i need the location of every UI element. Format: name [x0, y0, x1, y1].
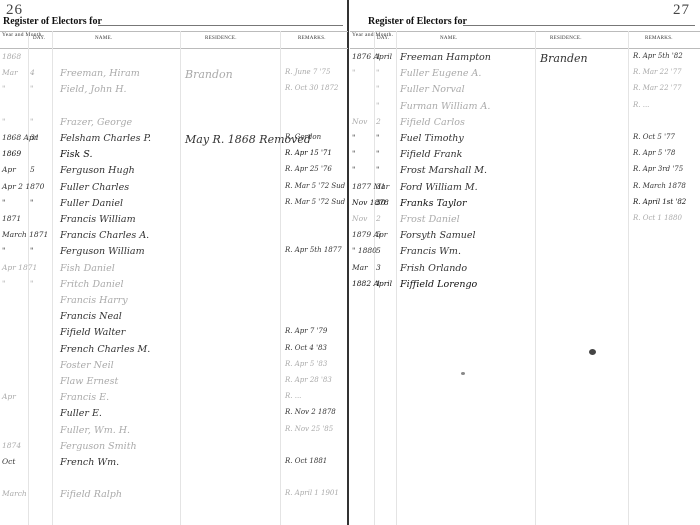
year-month-cell: " [352, 133, 355, 142]
remarks-cell: R. June 7 '75 [285, 68, 330, 76]
ink-speck [461, 372, 465, 375]
year-month-cell: 1868 [2, 52, 21, 61]
name-cell: Franks Taylor [400, 198, 467, 209]
year-month-cell: Oct [2, 457, 15, 466]
table-row: ""Fritch Daniel [0, 279, 348, 295]
name-cell: Fuller, Wm. H. [60, 425, 130, 436]
remarks-cell: R. Apr 5th 1877 [285, 246, 342, 254]
table-row: 1879 Apr5Forsyth Samuel [350, 230, 700, 246]
table-row: 1882 April1Fiffield Lorengo [350, 279, 700, 295]
year-month-cell: March 1871 [2, 230, 48, 239]
year-month-cell: Apr [2, 165, 16, 174]
remarks-cell: R. Mar 5 '72 Sud [285, 198, 345, 206]
name-cell: Fisk S. [60, 149, 92, 160]
day-cell: 3 [376, 263, 381, 272]
day-cell: 30 [376, 198, 386, 207]
day-cell: 1 [376, 52, 381, 61]
residence-cell: Branden [540, 52, 588, 65]
day-cell: 2 [376, 117, 381, 126]
remarks-cell: R. Nov 25 '85 [285, 425, 333, 433]
year-month-cell: " [352, 165, 355, 174]
name-cell: Ferguson William [60, 246, 145, 257]
remarks-cell: R. Oct 4 '83 [285, 344, 327, 352]
year-month-cell: Apr 1871 [2, 263, 37, 272]
name-cell: Frazer, George [60, 117, 132, 128]
table-row: Fuller, Wm. H.R. Nov 25 '85 [0, 425, 348, 441]
remarks-cell: R. Oct 1 1880 [633, 214, 682, 222]
remarks-cell: R. ... [285, 392, 301, 400]
name-cell: Felsham Charles P. [60, 133, 151, 144]
year-month-cell: " [2, 246, 5, 255]
table-row: Francis Neal [0, 311, 348, 327]
table-row: Foster NeilR. Apr 5 '83 [0, 360, 348, 376]
day-cell: " [376, 101, 379, 110]
remarks-cell: R. Mar 22 '77 [633, 68, 682, 76]
remarks-cell: R. Mar 22 '77 [633, 84, 682, 92]
table-row: ""Fifield FrankR. Apr 5 '78 [350, 149, 700, 165]
table-row: ""Field, John H.R. Oct 30 1872 [0, 84, 348, 100]
header-name: NAME. [95, 36, 112, 41]
table-row: ""Frazer, George [0, 117, 348, 133]
name-cell: Furman William A. [400, 101, 490, 112]
remarks-cell: R. Mar 5 '72 Sud [285, 182, 345, 190]
table-row: AprFrancis E.R. ... [0, 392, 348, 408]
remarks-cell: R. April 1st '82 [633, 198, 686, 206]
name-cell: Fiffield Lorengo [400, 279, 477, 290]
header-residence: RESIDENCE. [205, 36, 237, 41]
name-cell: Fifield Carlos [400, 117, 465, 128]
day-cell: " [30, 117, 33, 126]
remarks-cell: R. Apr 5th '82 [633, 52, 683, 60]
table-row: "Furman William A.R. ... [350, 101, 700, 117]
name-cell: Francis Harry [60, 295, 128, 306]
name-cell: Frish Orlando [400, 263, 467, 274]
name-cell: Fuller E. [60, 408, 102, 419]
table-row: Apr5Ferguson HughR. Apr 25 '76 [0, 165, 348, 181]
right-page: 27 Register of Electors for Year and Mon… [350, 0, 700, 525]
table-row [0, 101, 348, 117]
header-day: Day. [33, 36, 45, 41]
table-row: Fuller E.R. Nov 2 1878 [0, 408, 348, 424]
day-cell: 2 [376, 214, 381, 223]
table-row: Fifield WalterR. Apr 7 '79 [0, 327, 348, 343]
year-month-cell: 1882 April [352, 279, 392, 288]
table-row: 1871Francis William [0, 214, 348, 230]
name-cell: Forsyth Samuel [400, 230, 476, 241]
name-cell: Fuel Timothy [400, 133, 464, 144]
year-month-cell: Nov [352, 214, 367, 223]
name-cell: Fifield Frank [400, 149, 462, 160]
header-day: Day. [377, 36, 389, 41]
year-month-cell: " [352, 149, 355, 158]
remarks-cell: R. Apr 7 '79 [285, 327, 327, 335]
day-cell: " [30, 279, 33, 288]
header-residence: RESIDENCE. [550, 36, 582, 41]
table-row: Nov2Fifield Carlos [350, 117, 700, 133]
name-cell: Field, John H. [60, 84, 127, 95]
name-cell: Frost Marshall M. [400, 165, 487, 176]
remarks-cell: R. Oct 1881 [285, 457, 327, 465]
day-cell: " [376, 68, 379, 77]
day-cell: " [376, 133, 379, 142]
table-row: ""Ferguson WilliamR. Apr 5th 1877 [0, 246, 348, 262]
name-cell: French Wm. [60, 457, 119, 468]
table-row: 1868 Apr31Felsham Charles P.May R. 1868 … [0, 133, 348, 149]
remarks-cell: R. Apr 3rd '75 [633, 165, 683, 173]
header-bottom-rule [350, 48, 700, 49]
year-month-cell: 1876 April [352, 52, 392, 61]
remarks-cell: R. March 1878 [633, 182, 686, 190]
remarks-cell: R. Apr 28 '83 [285, 376, 332, 384]
name-cell: Fifield Walter [60, 327, 125, 338]
table-row: Apr 2 1870Fuller CharlesR. Mar 5 '72 Sud [0, 182, 348, 198]
name-cell: Fuller Charles [60, 182, 129, 193]
residence-cell: Brandon [185, 68, 233, 81]
table-row: French Charles M.R. Oct 4 '83 [0, 344, 348, 360]
name-cell: Fuller Daniel [60, 198, 123, 209]
table-row: 1869Fisk S.R. Apr 15 '71 [0, 149, 348, 165]
year-month-cell: " [2, 117, 5, 126]
page-title: Register of Electors for [3, 16, 102, 27]
year-month-cell: 1871 [2, 214, 21, 223]
year-month-cell: Nov [352, 117, 367, 126]
year-month-cell: Apr [2, 392, 16, 401]
year-month-cell: " [2, 198, 5, 207]
table-row [0, 473, 348, 489]
table-row: Mar4Freeman, HiramBrandonR. June 7 '75 [0, 68, 348, 84]
name-cell: Francis Neal [60, 311, 122, 322]
day-cell: 5 [376, 230, 381, 239]
table-row: ""Fuller DanielR. Mar 5 '72 Sud [0, 198, 348, 214]
year-month-cell: 1869 [2, 149, 21, 158]
year-month-cell: " [2, 84, 5, 93]
name-cell: Fish Daniel [60, 263, 115, 274]
day-cell: 4 [30, 68, 35, 77]
name-cell: Fifield Ralph [60, 489, 122, 500]
remarks-cell: R. Gordon [285, 133, 321, 141]
header-remarks: REMARKS. [645, 36, 673, 41]
year-month-cell: Apr 2 1870 [2, 182, 44, 191]
name-cell: Ferguson Hugh [60, 165, 135, 176]
name-cell: Foster Neil [60, 360, 114, 371]
day-cell: " [30, 84, 33, 93]
year-month-cell: 1879 Apr [352, 230, 387, 239]
name-cell: Francis Charles A. [60, 230, 149, 241]
left-page: 26 Register of Electors for Year and Mon… [0, 0, 348, 525]
table-row: " 18805Francis Wm. [350, 246, 700, 262]
title-rule [98, 25, 343, 26]
name-cell: French Charles M. [60, 344, 150, 355]
remarks-cell: R. Apr 5 '83 [285, 360, 327, 368]
table-row: ""Fuel TimothyR. Oct 5 '77 [350, 133, 700, 149]
day-cell: " [376, 165, 379, 174]
remarks-cell: R. Oct 5 '77 [633, 133, 675, 141]
remarks-cell: R. Apr 25 '76 [285, 165, 332, 173]
remarks-cell: R. Apr 5 '78 [633, 149, 675, 157]
table-row: Francis Harry [0, 295, 348, 311]
day-cell: 31 [376, 182, 386, 191]
name-cell: Fuller Eugene A. [400, 68, 481, 79]
day-cell: " [30, 246, 33, 255]
remarks-cell: R. Oct 30 1872 [285, 84, 338, 92]
day-cell: 1 [376, 279, 381, 288]
table-row: Mar3Frish Orlando [350, 263, 700, 279]
header-top-rule [350, 31, 700, 32]
table-row: March 1871Francis Charles A. [0, 230, 348, 246]
day-cell: " [376, 149, 379, 158]
year-month-cell: " [2, 279, 5, 288]
day-cell: " [376, 84, 379, 93]
name-cell: Francis Wm. [400, 246, 461, 257]
name-cell: Francis William [60, 214, 136, 225]
name-cell: Francis E. [60, 392, 109, 403]
name-cell: Freeman, Hiram [60, 68, 140, 79]
remarks-cell: R. Nov 2 1878 [285, 408, 336, 416]
remarks-cell: R. ... [633, 101, 649, 109]
name-cell: Frost Daniel [400, 214, 460, 225]
year-month-cell: " 1880 [352, 246, 377, 255]
year-month-cell: 1874 [2, 441, 21, 450]
page-number: 27 [673, 2, 690, 19]
table-row: 1874Ferguson Smith [0, 441, 348, 457]
page-title: Register of Electors for [368, 16, 467, 27]
ink-blot [589, 349, 596, 355]
table-row: ""Frost Marshall M.R. Apr 3rd '75 [350, 165, 700, 181]
day-cell: 5 [30, 165, 35, 174]
name-cell: Flaw Ernest [60, 376, 118, 387]
name-cell: Fuller Norval [400, 84, 465, 95]
table-row: Nov2Frost DanielR. Oct 1 1880 [350, 214, 700, 230]
day-cell: 5 [376, 246, 381, 255]
name-cell: Ford William M. [400, 182, 478, 193]
table-row: 1877 Mar31Ford William M.R. March 1878 [350, 182, 700, 198]
table-row: 1876 April1Freeman HamptonBrandenR. Apr … [350, 52, 700, 68]
table-row: Nov 187830Franks TaylorR. April 1st '82 [350, 198, 700, 214]
table-row: "Fuller NorvalR. Mar 22 '77 [350, 84, 700, 100]
table-row: Apr 1871Fish Daniel [0, 263, 348, 279]
table-row: Flaw ErnestR. Apr 28 '83 [0, 376, 348, 392]
year-month-cell: Mar [2, 68, 18, 77]
name-cell: Fritch Daniel [60, 279, 124, 290]
name-cell: Freeman Hampton [400, 52, 491, 63]
table-row: ""Fuller Eugene A.R. Mar 22 '77 [350, 68, 700, 84]
table-row: 1868 [0, 52, 348, 68]
day-cell: " [30, 198, 33, 207]
header-remarks: REMARKS. [298, 36, 326, 41]
name-cell: Ferguson Smith [60, 441, 137, 452]
year-month-cell: March [2, 489, 27, 498]
table-row: MarchFifield RalphR. April 1 1901 [0, 489, 348, 505]
remarks-cell: R. Apr 15 '71 [285, 149, 332, 157]
table-row: OctFrench Wm.R. Oct 1881 [0, 457, 348, 473]
remarks-cell: R. April 1 1901 [285, 489, 339, 497]
day-cell: 31 [30, 133, 40, 142]
year-month-cell: " [352, 68, 355, 77]
title-rule [463, 25, 695, 26]
header-name: NAME. [440, 36, 457, 41]
year-month-cell: Mar [352, 263, 368, 272]
